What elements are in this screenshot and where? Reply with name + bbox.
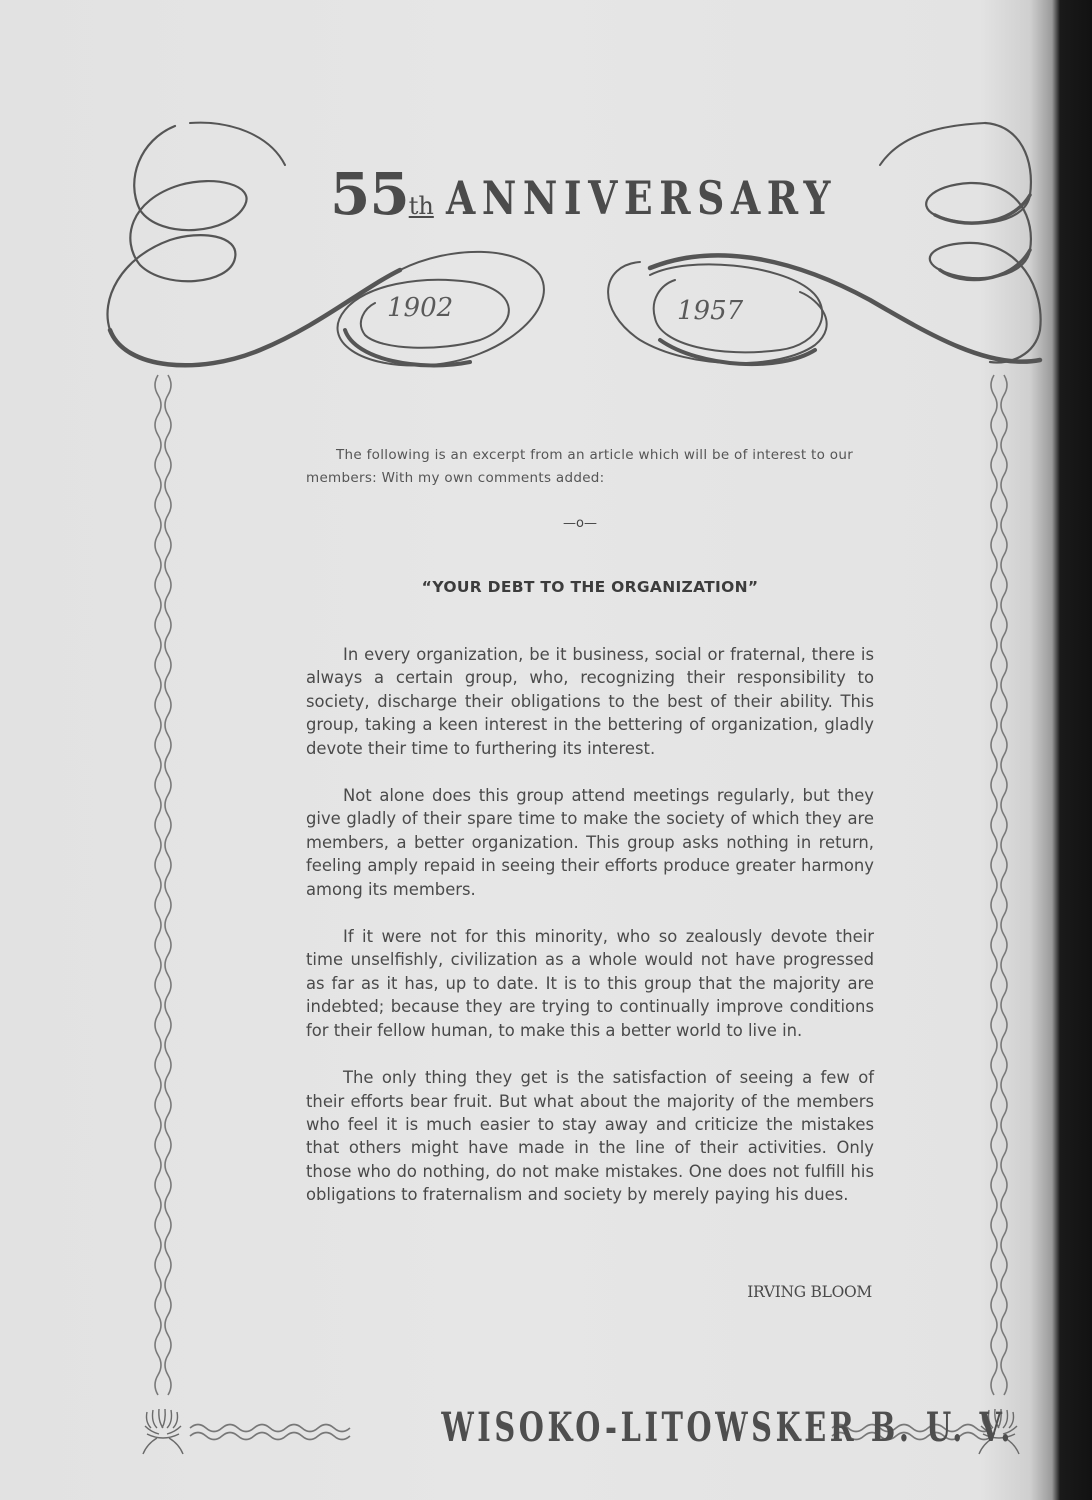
anniversary-number: 55 xyxy=(330,160,409,228)
anniversary-word: ANNIVERSARY xyxy=(446,171,837,225)
article-heading: “YOUR DEBT TO THE ORGANIZATION” xyxy=(300,578,880,596)
author-signature: IRVING BLOOM xyxy=(600,1283,872,1301)
organization-name: WISOKO-LITOWSKER B. U. V. xyxy=(441,1404,1014,1451)
ordinal-suffix: th xyxy=(409,192,434,220)
intro-text: The following is an excerpt from an arti… xyxy=(306,444,876,490)
article-paragraph: If it were not for this minority, who so… xyxy=(306,925,874,1042)
article-paragraph: Not alone does this group attend meeting… xyxy=(306,784,874,901)
article-paragraph: In every organization, be it business, s… xyxy=(306,643,874,760)
year-start: 1902 xyxy=(387,293,453,323)
separator-ornament: —o— xyxy=(560,516,600,531)
year-end: 1957 xyxy=(677,296,743,326)
anniversary-title: 55thANNIVERSARY xyxy=(330,160,850,240)
organization-footer: WISOKO-LITOWSKER B. U. V. xyxy=(330,1404,820,1451)
article-body: In every organization, be it business, s… xyxy=(306,643,874,1231)
article-paragraph: The only thing they get is the satisfact… xyxy=(306,1066,874,1206)
page: 55thANNIVERSARY 1902 1957 The following … xyxy=(0,0,1092,1500)
